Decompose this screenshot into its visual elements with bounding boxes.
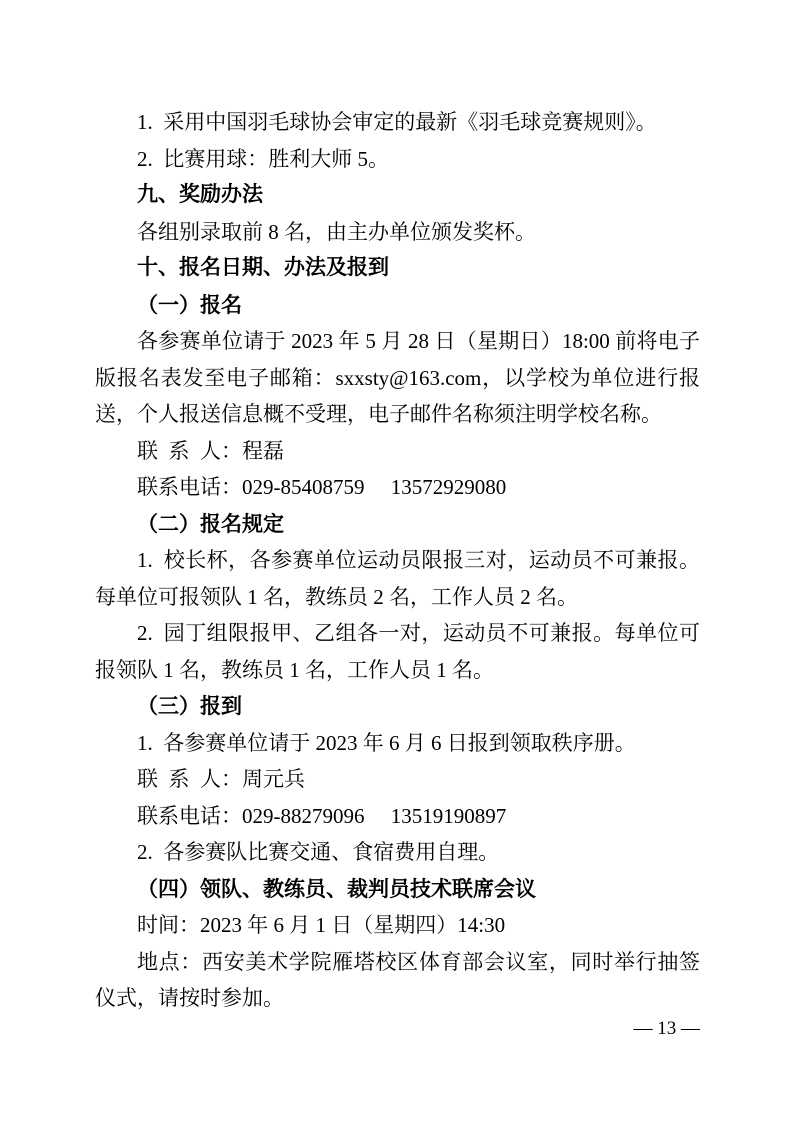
section-heading: 九、奖励办法 bbox=[95, 177, 700, 214]
document-body: 1. 采用中国羽毛球协会审定的最新《羽毛球竞赛规则》。 2. 比赛用球：胜利大师… bbox=[95, 104, 700, 1017]
subsection-heading: （三）报到 bbox=[95, 688, 700, 725]
section-heading: 十、报名日期、办法及报到 bbox=[95, 250, 700, 287]
meeting-time: 时间：2023 年 6 月 1 日（星期四）14:30 bbox=[95, 907, 700, 944]
document-page: 1. 采用中国羽毛球协会审定的最新《羽毛球竞赛规则》。 2. 比赛用球：胜利大师… bbox=[0, 0, 794, 1123]
contact-phone: 联系电话：029-85408759 13572929080 bbox=[95, 469, 700, 506]
list-item: 1. 各参赛单位请于 2023 年 6 月 6 日报到领取秩序册。 bbox=[95, 725, 700, 762]
contact-person: 联 系 人：程磊 bbox=[95, 433, 700, 470]
meeting-place: 地点：西安美术学院雁塔校区体育部会议室，同时举行抽签仪式，请按时参加。 bbox=[95, 944, 700, 1017]
paragraph: 各参赛单位请于 2023 年 5 月 28 日（星期日）18:00 前将电子版报… bbox=[95, 323, 700, 433]
subsection-heading: （一）报名 bbox=[95, 287, 700, 324]
paragraph: 各组别录取前 8 名，由主办单位颁发奖杯。 bbox=[95, 214, 700, 251]
list-item: 2. 比赛用球：胜利大师 5。 bbox=[95, 141, 700, 178]
contact-person: 联 系 人：周元兵 bbox=[95, 761, 700, 798]
list-item: 2. 各参赛队比赛交通、食宿费用自理。 bbox=[95, 834, 700, 871]
page-number: — 13 — bbox=[634, 1018, 701, 1040]
list-item: 2. 园丁组限报甲、乙组各一对，运动员不可兼报。每单位可报领队 1 名，教练员 … bbox=[95, 615, 700, 688]
list-item: 1. 校长杯，各参赛单位运动员限报三对，运动员不可兼报。每单位可报领队 1 名，… bbox=[95, 542, 700, 615]
contact-phone: 联系电话：029-88279096 13519190897 bbox=[95, 798, 700, 835]
list-item: 1. 采用中国羽毛球协会审定的最新《羽毛球竞赛规则》。 bbox=[95, 104, 700, 141]
subsection-heading: （四）领队、教练员、裁判员技术联席会议 bbox=[95, 871, 700, 908]
subsection-heading: （二）报名规定 bbox=[95, 506, 700, 543]
